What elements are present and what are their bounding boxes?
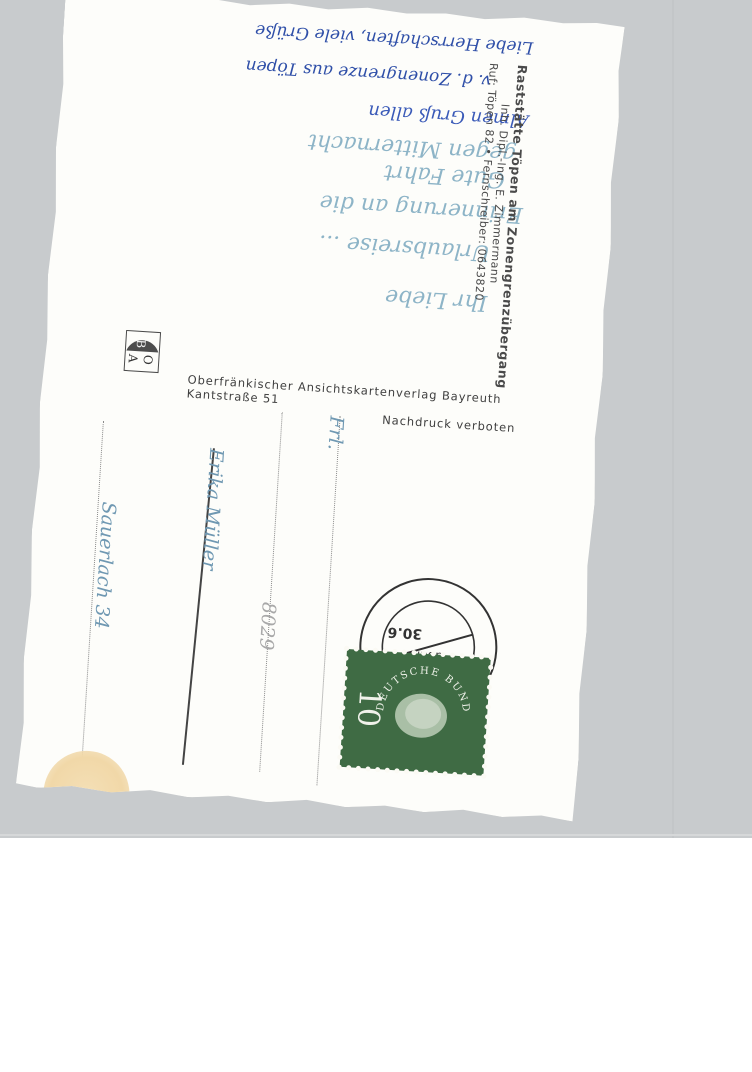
svg-text:A: A: [126, 353, 141, 364]
handwritten-message-line: v. d. Zonengrenze aus Töpen: [245, 55, 492, 90]
publisher-logo-icon: O A B: [123, 329, 162, 373]
postmark-date: 30.6: [387, 623, 422, 641]
address-line-name: Erika Müller: [198, 448, 228, 571]
svg-text:O: O: [141, 354, 156, 365]
stamp-value: 10: [350, 688, 387, 728]
address-line-postcode: 8029: [255, 601, 280, 651]
address-line-recipient-title: Frl.: [324, 415, 348, 451]
address-line-city: Sauerlach 34: [90, 501, 120, 630]
address-line: [316, 416, 340, 785]
postcard-back: Liebe Herrschaften, viele Grüße v. d. Zo…: [16, 0, 625, 822]
address-line: [259, 412, 283, 771]
postage-stamp: DEUTSCHE BUNDESPOST 10: [340, 649, 491, 776]
scan-edge-line: [0, 834, 752, 836]
handwritten-message-line: Liebe Herrschaften, viele Grüße: [254, 20, 533, 57]
scanner-stripe: [672, 0, 674, 838]
svg-text:B: B: [134, 339, 149, 349]
handwritten-faded-line: Urlaubsreise ...: [318, 229, 491, 265]
